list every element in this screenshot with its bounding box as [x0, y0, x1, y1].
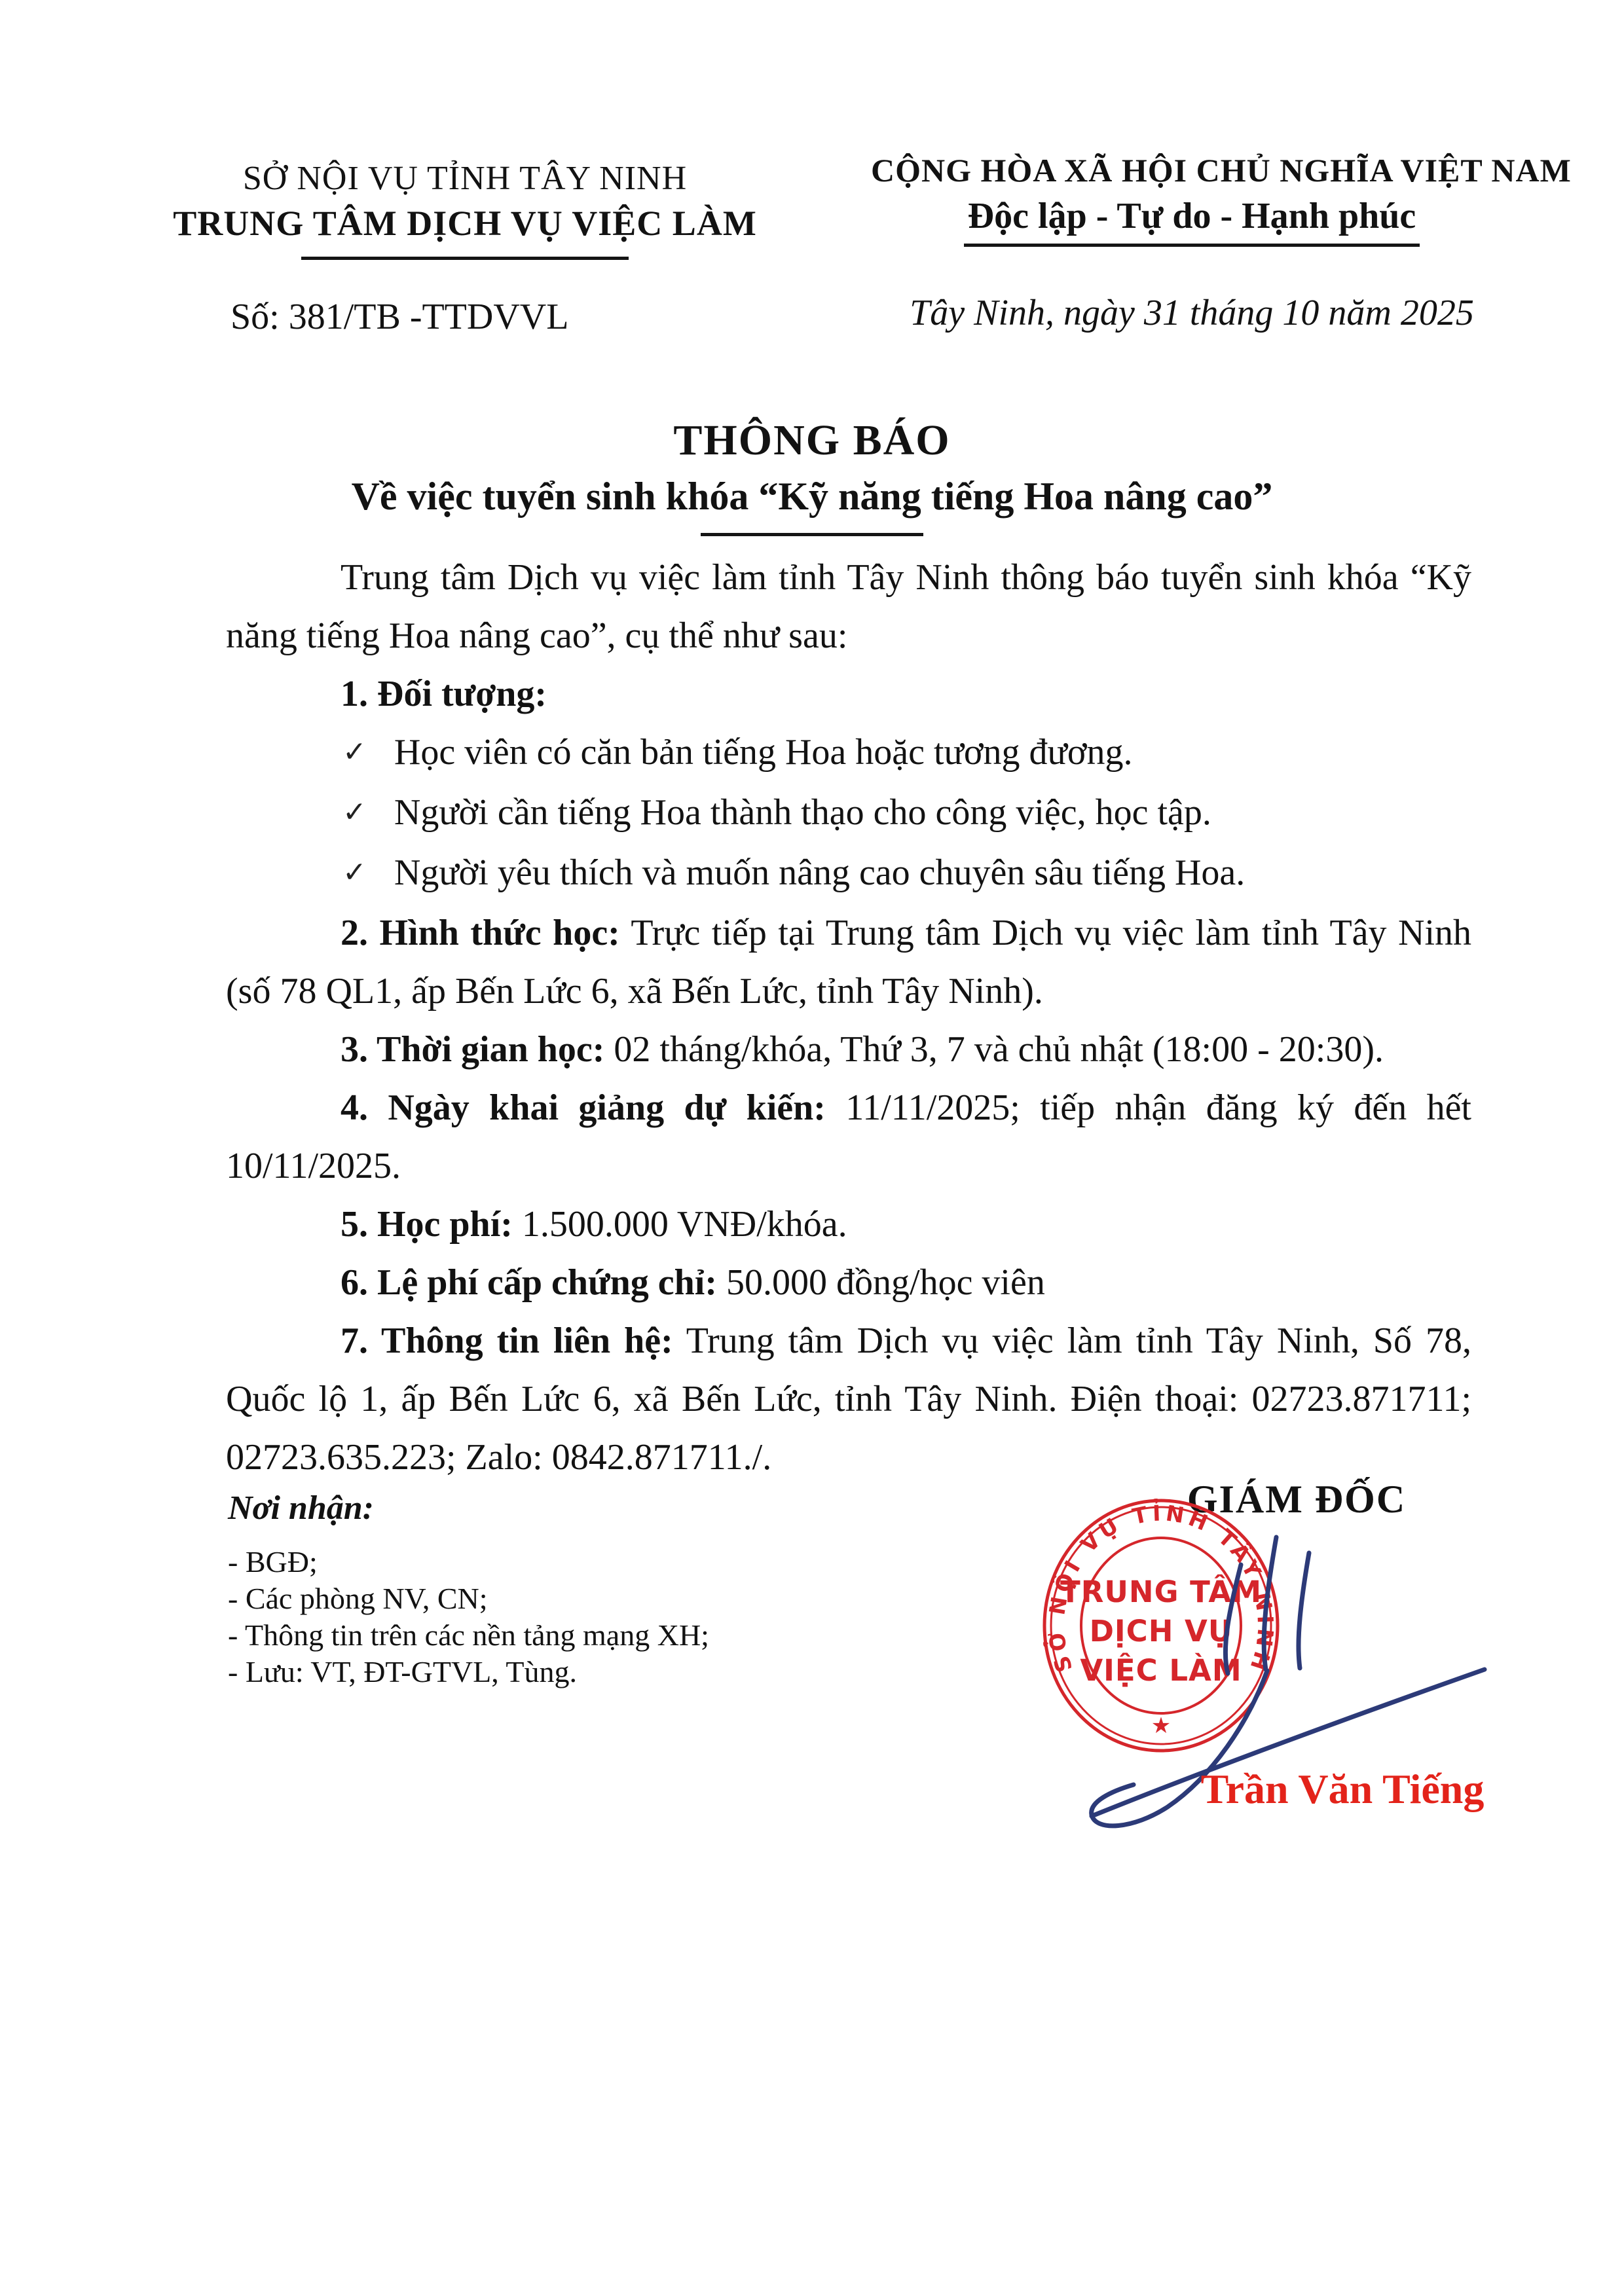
- section-label: 5. Học phí:: [341, 1204, 513, 1245]
- document-subject: Về việc tuyển sinh khóa “Kỹ năng tiếng H…: [0, 471, 1624, 521]
- official-document-page: SỞ NỘI VỤ TỈNH TÂY NINH TRUNG TÂM DỊCH V…: [0, 0, 1624, 2296]
- place-and-date: Tây Ninh, ngày 31 tháng 10 năm 2025: [871, 292, 1513, 334]
- check-icon: ✓: [342, 843, 367, 902]
- bullet-text: Học viên có căn bản tiếng Hoa hoặc tương…: [394, 732, 1133, 773]
- bullet-text: Người cần tiếng Hoa thành thạo cho công …: [394, 792, 1211, 833]
- recipients-block: Nơi nhận: - BGĐ; - Các phòng NV, CN; - T…: [228, 1487, 817, 1690]
- national-motto-line1: CỘNG HÒA XÃ HỘI CHỦ NGHĨA VIỆT NAM: [871, 149, 1513, 191]
- national-motto-line2: Độc lập - Tự do - Hạnh phúc: [964, 194, 1420, 247]
- national-motto-block: CỘNG HÒA XÃ HỘI CHỦ NGHĨA VIỆT NAM Độc l…: [871, 149, 1513, 247]
- document-kind: THÔNG BÁO: [0, 415, 1624, 466]
- org-name: TRUNG TÂM DỊCH VỤ VIỆC LÀM: [164, 202, 766, 245]
- section-label: 6. Lệ phí cấp chứng chỉ:: [341, 1262, 717, 1303]
- section-label: 2. Hình thức học:: [341, 913, 620, 953]
- section-label: 4. Ngày khai giảng dự kiến:: [341, 1087, 826, 1128]
- section-paragraph: 3. Thời gian học: 02 tháng/khóa, Thứ 3, …: [226, 1021, 1471, 1079]
- section-label: 7. Thông tin liên hệ:: [341, 1321, 673, 1361]
- issuing-org-block: SỞ NỘI VỤ TỈNH TÂY NINH TRUNG TÂM DỊCH V…: [164, 156, 766, 260]
- check-icon: ✓: [342, 783, 367, 841]
- bullet-item: ✓Học viên có căn bản tiếng Hoa hoặc tươn…: [226, 723, 1471, 784]
- section-label: 3. Thời gian học:: [341, 1029, 604, 1070]
- recipient-item: - BGĐ;: [228, 1544, 817, 1580]
- section-paragraph: 4. Ngày khai giảng dự kiến: 11/11/2025; …: [226, 1079, 1471, 1195]
- recipients-label: Nơi nhận:: [228, 1487, 817, 1529]
- title-underline: [701, 533, 923, 536]
- bullet-item: ✓Người yêu thích và muốn nâng cao chuyên…: [226, 844, 1471, 904]
- recipient-item: - Các phòng NV, CN;: [228, 1580, 817, 1617]
- section-text: 02 tháng/khóa, Thứ 3, 7 và chủ nhật (18:…: [604, 1029, 1384, 1070]
- bullet-item: ✓Người cần tiếng Hoa thành thạo cho công…: [226, 784, 1471, 844]
- section-paragraph: 7. Thông tin liên hệ: Trung tâm Dịch vụ …: [226, 1312, 1471, 1487]
- section-1-heading: 1. Đối tượng:: [226, 665, 1471, 723]
- recipient-item: - Thông tin trên các nền tảng mạng XH;: [228, 1617, 817, 1654]
- org-underline: [301, 257, 629, 260]
- section-text: 50.000 đồng/học viên: [717, 1262, 1045, 1303]
- document-body: Trung tâm Dịch vụ việc làm tỉnh Tây Ninh…: [226, 549, 1471, 1487]
- title-block: THÔNG BÁO Về việc tuyển sinh khóa “Kỹ nă…: [0, 415, 1624, 536]
- signer-name: Trần Văn Tiếng: [1139, 1765, 1545, 1813]
- section-paragraph: 5. Học phí: 1.500.000 VNĐ/khóa.: [226, 1195, 1471, 1254]
- bullet-text: Người yêu thích và muốn nâng cao chuyên …: [394, 852, 1245, 893]
- intro-paragraph: Trung tâm Dịch vụ việc làm tỉnh Tây Ninh…: [226, 549, 1471, 665]
- check-icon: ✓: [342, 723, 367, 781]
- section-paragraph: 6. Lệ phí cấp chứng chỉ: 50.000 đồng/học…: [226, 1254, 1471, 1312]
- document-number: Số: 381/TB -TTDVVL: [231, 296, 568, 338]
- section-text: 1.500.000 VNĐ/khóa.: [513, 1204, 847, 1245]
- section-paragraph: 2. Hình thức học: Trực tiếp tại Trung tâ…: [226, 904, 1471, 1021]
- recipient-item: - Lưu: VT, ĐT-GTVL, Tùng.: [228, 1654, 817, 1690]
- recipients-list: - BGĐ; - Các phòng NV, CN; - Thông tin t…: [228, 1544, 817, 1690]
- section-1-label: 1. Đối tượng:: [341, 674, 547, 714]
- parent-org-name: SỞ NỘI VỤ TỈNH TÂY NINH: [164, 156, 766, 202]
